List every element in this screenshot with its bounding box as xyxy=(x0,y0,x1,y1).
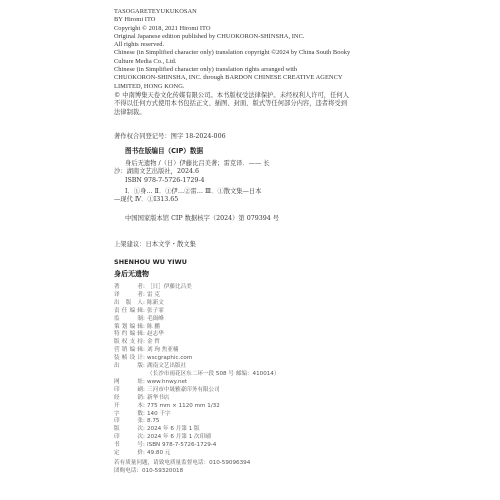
english-rights-block: TASOGARETEYUKUKOSAN BY Hiromi ITO Copyri… xyxy=(114,8,350,91)
group-purchase-phone: 团购电话：010-59320018 xyxy=(114,467,250,475)
publication-credits: 著者:［日］伊藤比吕美 译者:雷 克 出版人:陈新文 责任编辑:张子霏 监制:毛… xyxy=(114,284,279,458)
original-publisher-line: Original Japanese edition published by C… xyxy=(114,33,350,41)
translation-copyright-line: Chinese (in Simplified character only) t… xyxy=(114,49,350,57)
credit-row-price: 定价:49.80 元 xyxy=(114,450,279,458)
cip-isbn: ISBN 978-7-5726-1729-4 xyxy=(114,177,270,185)
credit-row-author: 著者:［日］伊藤比吕美 xyxy=(114,284,279,292)
cip-classification: Ⅰ．①身… Ⅱ．①伊…②雷… Ⅲ．①散文集—日本 —现代 Ⅳ．①I313.65 xyxy=(114,188,261,205)
copyright-notice: © 中南博集天卷文化传媒有限公司。本书版权受法律保护。未经权利人许可，任何人 不… xyxy=(114,92,392,117)
book-title-pinyin: SHENHOU WU YIWU xyxy=(114,258,187,266)
credit-row-design: 装帧设计:wscgraphic.com xyxy=(114,355,279,363)
credit-row-translator: 译者:雷 克 xyxy=(114,292,279,300)
author-line: BY Hiromi ITO xyxy=(114,16,350,24)
translation-rights-line-3: LIMITED, HONG KONG. xyxy=(114,83,350,91)
rights-reserved-line: All rights reserved. xyxy=(114,41,350,49)
cip-check-number: 中国国家版本馆 CIP 数据核字（2024）第 079394 号 xyxy=(125,213,279,222)
shelf-suggestion: 上架建议：日本文学・散文集 xyxy=(114,239,196,248)
credit-row-format: 开本:775 mm × 1120 mm 1/32 xyxy=(114,403,279,411)
quality-hotline: 若有质量问题，请致电质量监督电话：010-59096394 xyxy=(114,459,250,467)
credit-row-responsible-editor: 责任编辑:张子霏 xyxy=(114,308,279,316)
notice-line: 法律制裁。 xyxy=(114,109,392,117)
credit-row-printer: 印刷:三河市中晟雅豪印务有限公司 xyxy=(114,387,279,395)
translation-rights-line-2: CHUOKORON-SHINSHA, INC. through BARDON C… xyxy=(114,74,350,82)
credit-row-publisher: 出版:湖南文艺出版社 xyxy=(114,363,279,371)
credit-row-website: 网址:www.hnwy.net xyxy=(114,379,279,387)
translation-copyright-line-2: Culture Media Co., Ltd. xyxy=(114,58,350,66)
credit-row-distributor: 经销:新华书店 xyxy=(114,395,279,403)
credit-row-supervisor: 监制:毛闽峰 xyxy=(114,316,279,324)
translation-rights-line: Chinese (in Simplified character only) t… xyxy=(114,66,350,74)
credit-row-impression: 印次:2024 年 6 月第 1 次印刷 xyxy=(114,434,279,442)
credit-row-publisher-person: 出版人:陈新文 xyxy=(114,300,279,308)
classification-line: —现代 Ⅳ．①I313.65 xyxy=(114,196,261,204)
contact-footer: 若有质量问题，请致电质量监督电话：010-59096394 团购电话：010-5… xyxy=(114,459,250,475)
credit-row-marketing-editor: 营销编辑:刘 珣 焦亚楠 xyxy=(114,347,279,355)
book-title: 身后无遗物 xyxy=(114,269,149,279)
copyright-line: Copyright © 2018, 2021 Hiromi ITO xyxy=(114,25,350,33)
contract-registration: 著作权合同登记号：图字 18-2024-006 xyxy=(114,131,226,140)
cip-data: 身后无遗物 /（日）伊藤比吕美著；雷克译．—— 长 沙：湖南文艺出版社，2024… xyxy=(114,160,270,185)
credit-row-publisher-address: :（长沙市雨花区东二环一段 508 号 邮编：410014） xyxy=(114,371,279,379)
cip-heading: 图书在版编目（CIP）数据 xyxy=(125,145,203,155)
credit-row-isbn: 书号:ISBN 978-7-5726-1729-4 xyxy=(114,442,279,450)
notice-line: 不得以任何方式使用本书包括正文、插图、封面、版式等任何部分内容，违者将受到 xyxy=(114,100,392,108)
original-title: TASOGARETEYUKUKOSAN xyxy=(114,8,350,16)
cip-line: 沙：湖南文艺出版社，2024.6 xyxy=(114,168,270,176)
